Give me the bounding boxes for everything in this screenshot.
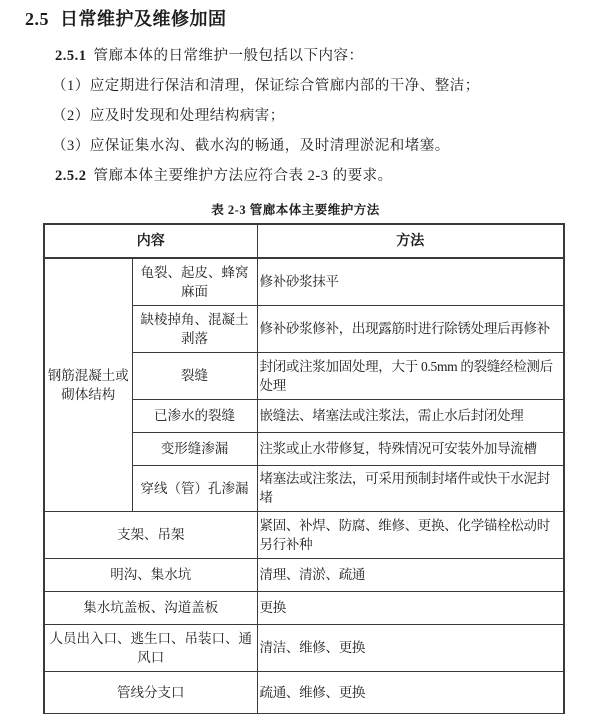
item-cell: 裂缝 [132,352,257,399]
document-page: 2.5日常维护及维修加固 2.5.1管廊本体的日常维护一般包括以下内容： （1）… [0,0,592,714]
item-cell: 集水坑盖板、沟道盖板 [44,591,257,624]
item-cell: 穿线（管）孔渗漏 [132,465,257,511]
clause-text: （1）应定期进行保洁和清理，保证综合管廊内部的干净、整洁； [52,78,480,94]
paragraph-item-1: （1）应定期进行保洁和清理，保证综合管廊内部的干净、整洁； [52,76,566,97]
item-cell: 龟裂、起皮、蜂窝麻面 [132,258,257,305]
paragraph-2-5-2: 2.5.2管廊本体主要维护方法应符合表 2-3 的要求。 [55,166,566,187]
clause-number: 2.5.1 [55,48,87,64]
table-row: 支架、吊架 紧固、补焊、防腐、维修、更换、化学锚栓松动时另行补种 [44,511,564,558]
section-number: 2.5 [25,9,49,29]
item-cell: 支架、吊架 [44,511,257,558]
method-cell: 注浆或止水带修复，特殊情况可安装外加导流槽 [257,432,564,465]
method-cell: 修补砂浆抹平 [257,258,564,305]
method-cell: 疏通、维修、更换 [257,671,564,714]
header-content: 内容 [44,224,257,258]
item-cell: 已渗水的裂缝 [132,399,257,432]
method-cell: 更换 [257,591,564,624]
maintenance-methods-table: 内容 方法 钢筋混凝土或砌体结构 龟裂、起皮、蜂窝麻面 修补砂浆抹平 缺棱掉角、… [43,223,565,714]
table-row: 人员出入口、逃生口、吊装口、通风口 清洁、维修、更换 [44,624,564,671]
paragraph-2-5-1: 2.5.1管廊本体的日常维护一般包括以下内容： [55,46,566,67]
section-heading: 2.5日常维护及维修加固 [25,8,566,30]
item-cell: 变形缝渗漏 [132,432,257,465]
method-cell: 清洁、维修、更换 [257,624,564,671]
clause-text: （3）应保证集水沟、截水沟的畅通，及时清理淤泥和堵塞。 [52,138,450,154]
clause-text: 管廊本体的日常维护一般包括以下内容： [94,48,364,64]
table-header-row: 内容 方法 [44,224,564,258]
method-cell: 修补砂浆修补，出现露筋时进行除锈处理后再修补 [257,305,564,352]
item-cell: 明沟、集水坑 [44,558,257,591]
item-cell: 缺棱掉角、混凝土剥落 [132,305,257,352]
header-method: 方法 [257,224,564,258]
section-title: 日常维护及维修加固 [60,9,227,29]
table-row: 钢筋混凝土或砌体结构 龟裂、起皮、蜂窝麻面 修补砂浆抹平 [44,258,564,305]
item-cell: 人员出入口、逃生口、吊装口、通风口 [44,624,257,671]
method-cell: 嵌缝法、堵塞法或注浆法，需止水后封闭处理 [257,399,564,432]
paragraph-item-3: （3）应保证集水沟、截水沟的畅通，及时清理淤泥和堵塞。 [52,136,566,157]
clause-text: 管廊本体主要维护方法应符合表 2-3 的要求。 [94,168,393,184]
table-caption: 表 2-3 管廊本体主要维护方法 [25,200,566,218]
group-label-cell: 钢筋混凝土或砌体结构 [44,258,132,511]
clause-number: 2.5.2 [55,168,87,184]
method-cell: 清理、清淤、疏通 [257,558,564,591]
paragraph-item-2: （2）应及时发现和处理结构病害； [52,106,566,127]
table-row: 集水坑盖板、沟道盖板 更换 [44,591,564,624]
method-cell: 堵塞法或注浆法，可采用预制封堵件或快干水泥封堵 [257,465,564,511]
item-cell: 管线分支口 [44,671,257,714]
table-row: 明沟、集水坑 清理、清淤、疏通 [44,558,564,591]
method-cell: 封闭或注浆加固处理，大于 0.5mm 的裂缝经检测后处理 [257,352,564,399]
method-cell: 紧固、补焊、防腐、维修、更换、化学锚栓松动时另行补种 [257,511,564,558]
clause-text: （2）应及时发现和处理结构病害； [52,108,285,124]
table-row: 管线分支口 疏通、维修、更换 [44,671,564,714]
